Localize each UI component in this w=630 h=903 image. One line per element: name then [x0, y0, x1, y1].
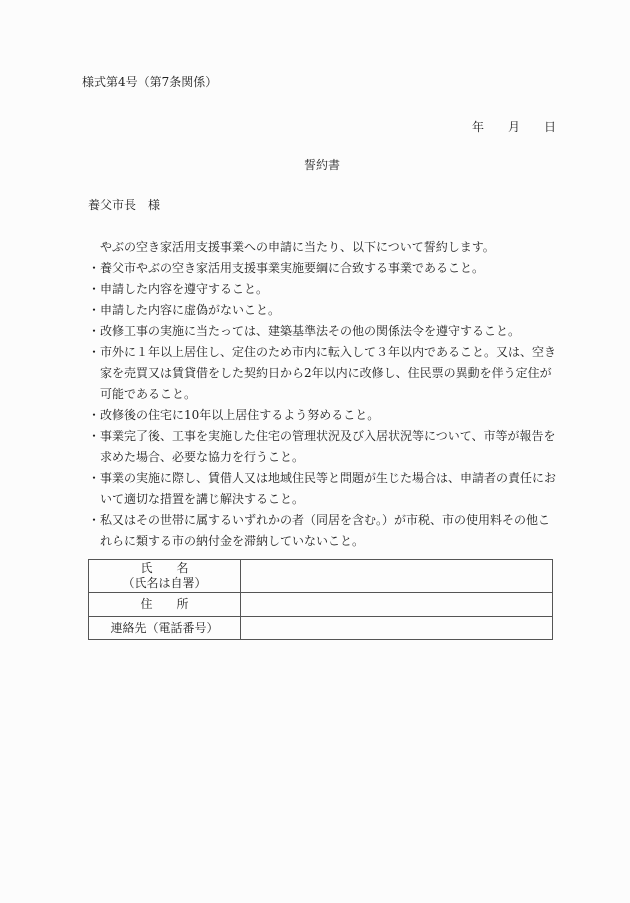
- pledge-line: ・改修後の住宅に10年以上居住するよう努めること。: [88, 405, 556, 426]
- pledge-body: やぶの空き家活用支援事業への申請に当たり、以下について誓約します。 ・養父市やぶ…: [88, 237, 556, 552]
- pledge-line-cont: 可能であること。: [88, 384, 556, 405]
- pledge-line: ・事業の実施に際し、賃借人又は地域住民等と問題が生じた場合は、申請者の責任にお: [88, 468, 556, 489]
- pledge-line: ・申請した内容に虚偽がないこと。: [88, 300, 556, 321]
- pledge-line-cont: 家を売買又は賃貸借をした契約日から2年以内に改修し、住民票の異動を伴う定住が: [88, 363, 556, 384]
- name-sublabel: （氏名は自署）: [89, 576, 240, 591]
- pledge-line-cont: 求めた場合、必要な協力を行うこと。: [88, 447, 556, 468]
- phone-label-cell: 連絡先（電話番号）: [89, 617, 241, 640]
- intro-line: やぶの空き家活用支援事業への申請に当たり、以下について誓約します。: [88, 237, 556, 258]
- name-value-cell: [241, 560, 553, 593]
- pledge-line: ・申請した内容を遵守すること。: [88, 279, 556, 300]
- pledge-document-page: 様式第4号（第7条関係） 年 月 日 誓約書 養父市長 様 やぶの空き家活用支援…: [0, 0, 630, 903]
- form-number: 様式第4号（第7条関係）: [82, 72, 556, 93]
- pledge-line: ・事業完了後、工事を実施した住宅の管理状況及び入居状況等について、市等が報告を: [88, 426, 556, 447]
- pledge-line: ・市外に１年以上居住し、定住のため市内に転入して３年以内であること。又は、空き: [88, 342, 556, 363]
- phone-label: 連絡先（電話番号）: [89, 618, 240, 639]
- addressee: 養父市長 様: [88, 195, 556, 216]
- name-label-cell: 氏 名 （氏名は自署）: [89, 560, 241, 593]
- date-line: 年 月 日: [88, 117, 556, 138]
- pledge-line: ・改修工事の実施に当たっては、建築基準法その他の関係法令を遵守すること。: [88, 321, 556, 342]
- address-label-cell: 住 所: [89, 593, 241, 617]
- pledge-line: ・養父市やぶの空き家活用支援事業実施要綱に合致する事業であること。: [88, 258, 556, 279]
- address-value-cell: [241, 593, 553, 617]
- table-row-phone: 連絡先（電話番号）: [89, 617, 553, 640]
- pledge-line: ・私又はその世帯に属するいずれかの者（同居を含む。）が市税、市の使用料その他こ: [88, 510, 556, 531]
- signature-table: 氏 名 （氏名は自署） 住 所 連絡先（電話番号）: [88, 559, 553, 640]
- table-row-name: 氏 名 （氏名は自署）: [89, 560, 553, 593]
- pledge-line-cont: れらに類する市の納付金を滞納していないこと。: [88, 531, 556, 552]
- table-row-address: 住 所: [89, 593, 553, 617]
- pledge-line-cont: いて適切な措置を講じ解決すること。: [88, 489, 556, 510]
- document-title: 誓約書: [88, 155, 556, 176]
- phone-value-cell: [241, 617, 553, 640]
- address-label: 住 所: [89, 594, 240, 615]
- name-label: 氏 名: [89, 561, 240, 576]
